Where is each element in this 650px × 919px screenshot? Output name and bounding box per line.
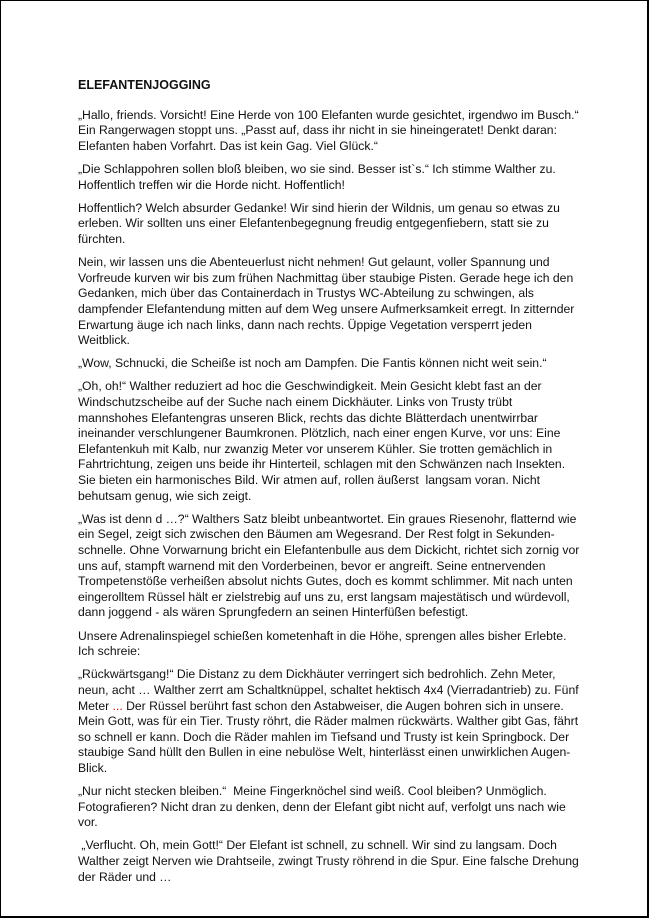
paragraph-11: „Verflucht. Oh, mein Gott!“ Der Elefant …: [78, 838, 584, 885]
paragraph-7: „Was ist denn d …?“ Walthers Satz bleibt…: [78, 512, 584, 621]
paragraph-6: „Oh, oh!“ Walther reduziert ad hoc die G…: [78, 379, 584, 504]
paragraph-9-text-b: Der Rüssel berührt fast schon den Astabw…: [78, 699, 581, 775]
paragraph-9: „Rückwärtsgang!“ Die Distanz zu dem Dick…: [78, 667, 584, 776]
paragraph-2: „Die Schlappohren sollen bloß bleiben, w…: [78, 162, 584, 193]
paragraph-3: Hoffentlich? Welch absurder Gedanke! Wir…: [78, 201, 584, 248]
paragraph-10: „Nur nicht stecken bleiben.“ Meine Finge…: [78, 784, 584, 831]
document-body: ELEFANTENJOGGING „Hallo, friends. Vorsic…: [78, 78, 584, 893]
paragraph-8: Unsere Adrenalinspiegel schießen kometen…: [78, 629, 584, 660]
paragraph-1: „Hallo, friends. Vorsicht! Eine Herde vo…: [78, 108, 584, 155]
document-page: ELEFANTENJOGGING „Hallo, friends. Vorsic…: [0, 0, 649, 918]
document-title: ELEFANTENJOGGING: [78, 78, 584, 94]
paragraph-5: „Wow, Schnucki, die Scheiße ist noch am …: [78, 356, 584, 372]
highlighted-ellipsis: ...: [113, 699, 123, 713]
paragraph-4: Nein, wir lassen uns die Abenteuerlust n…: [78, 255, 584, 349]
